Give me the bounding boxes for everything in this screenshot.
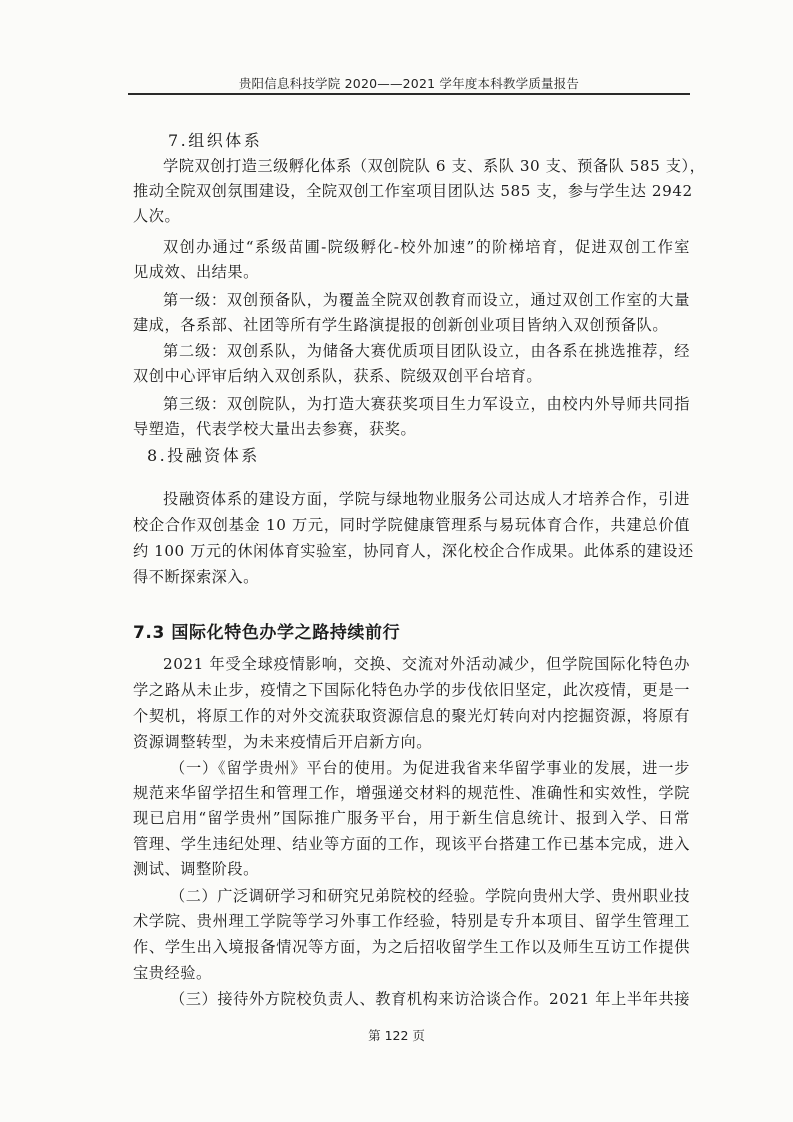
text-line: （三）接待外方院校负责人、教育机构来访洽谈合作。2021 年上半年共接 <box>170 989 690 1009</box>
text-line: （二）广泛调研学习和研究兄弟院校的经验。学院向贵州大学、贵州职业技 <box>170 886 690 906</box>
text-line: 资源调整转型，为未来疫情后开启新方向。 <box>133 732 690 752</box>
text-line: 得不断探索深入。 <box>133 567 690 587</box>
text-line: 人次。 <box>133 206 690 226</box>
text-line: 约 100 万元的休闲体育实验室，协同育人，深化校企合作成果。此体系的建设还 <box>133 541 690 561</box>
text-line: 第二级：双创系队，为储备大赛优质项目团队设立，由各系在挑选推荐，经 <box>163 341 690 361</box>
text-line: 投融资体系的建设方面，学院与绿地物业服务公司达成人才培养合作，引进 <box>163 489 690 509</box>
text-line: 规范来华留学招生和管理工作，增强递交材料的规范性、准确性和实效性，学院 <box>133 783 690 803</box>
text-line: 校企合作双创基金 10 万元，同时学院健康管理系与易玩体育合作，共建总价值 <box>133 515 690 535</box>
text-line: 个契机，将原工作的对外交流获取资源信息的聚光灯转向对内挖掘资源，将原有 <box>133 706 690 726</box>
subheading-organization: 7.组织体系 <box>168 128 262 151</box>
page-number: 第 122 页 <box>0 1026 793 1044</box>
text-line: 推动全院双创氛围建设，全院双创工作室项目团队达 585 支，参与学生达 2942 <box>133 181 690 201</box>
text-line: 建成，各系部、社团等所有学生路演提报的创新创业项目皆纳入双创预备队。 <box>133 315 690 335</box>
text-line: 2021 年受全球疫情影响，交换、交流对外活动减少，但学院国际化特色办 <box>163 654 690 674</box>
text-line: 第一级：双创预备队，为覆盖全院双创教育而设立，通过双创工作室的大量 <box>163 290 690 310</box>
text-line: 学之路从未止步，疫情之下国际化特色办学的步伐依旧坚定，此次疫情，更是一 <box>133 680 690 700</box>
text-line: 现已启用“留学贵州”国际推广服务平台，用于新生信息统计、报到入学、日常 <box>133 808 690 828</box>
text-line: 测试、调整阶段。 <box>133 859 690 879</box>
text-line: 第三级：双创院队，为打造大赛获奖项目生力军设立，由校内外导师共同指 <box>163 394 690 414</box>
text-line: 导塑造，代表学校大量出去参赛，获奖。 <box>133 419 690 439</box>
subheading-finance: 8.投融资体系 <box>147 443 260 466</box>
report-title: 贵阳信息科技学院 2020——2021 学年度本科教学质量报告 <box>128 74 690 92</box>
section-heading: 7.3 国际化特色办学之路持续前行 <box>133 618 400 643</box>
text-line: 作、学生出入境报备情况等方面，为之后招收留学生工作以及师生互访工作提供 <box>133 937 690 957</box>
text-line: 双创办通过“系级苗圃-院级孵化-校外加速”的阶梯培育，促进双创工作室 <box>163 237 690 257</box>
text-line: 术学院、贵州理工学院等学习外事工作经验，特别是专升本项目、留学生管理工 <box>133 911 690 931</box>
text-line: 见成效、出结果。 <box>133 262 690 282</box>
text-line: （一）《留学贵州》平台的使用。为促进我省来华留学事业的发展，进一步 <box>170 758 690 778</box>
text-line: 双创中心评审后纳入双创系队，获系、院级双创平台培育。 <box>133 366 690 386</box>
text-line: 管理、学生违纪处理、结业等方面的工作，现该平台搭建工作已基本完成，进入 <box>133 834 690 854</box>
text-line: 宝贵经验。 <box>133 963 690 983</box>
header-divider <box>128 93 690 95</box>
text-line: 学院双创打造三级孵化体系（双创院队 6 支、系队 30 支、预备队 585 支）… <box>163 156 690 176</box>
